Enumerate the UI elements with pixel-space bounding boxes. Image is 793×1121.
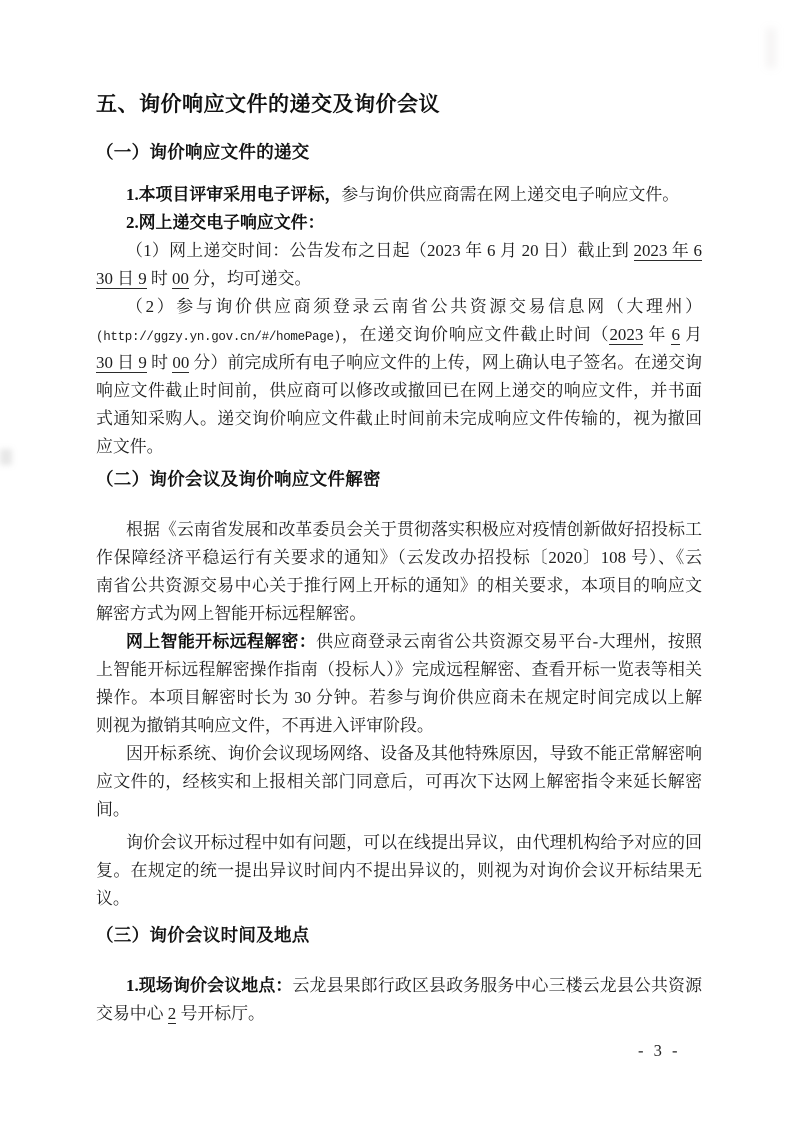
text-run: （1）网上递交时间：公告发布之日起（2023 年 6 月 20 日）截止到	[126, 241, 634, 260]
text-line: （1）网上递交时间：公告发布之日起（2023 年 6 月 20 日）截止到 20…	[96, 237, 702, 265]
text-run: 分，均可递交。	[189, 269, 311, 288]
scan-artifact	[766, 28, 776, 68]
text-line: 根据《云南省发展和改革委员会关于贯彻落实积极应对疫情创新做好招投标工	[96, 516, 702, 544]
text-line: 间。	[96, 796, 702, 824]
underlined-date: 6	[671, 325, 679, 345]
text-run: 号开标厅。	[176, 1004, 265, 1023]
text-run: 南省公共资源交易中心关于推行网上开标的通知》的相关要求，本项目的响应文件	[96, 576, 702, 600]
page-number: - 3 -	[638, 1041, 681, 1061]
text-run: 云龙县果郎行政区县政务服务中心三楼云龙县公共资源	[292, 976, 702, 995]
text-line: 30 日 9 时 00 分，均可递交。	[96, 265, 702, 293]
underlined-time: 00	[172, 353, 189, 373]
text-run: ，在递交询价响应文件截止时间（	[341, 325, 610, 344]
text-line: 作保障经济平稳运行有关要求的通知》（云发改办招投标〔2020〕108 号）、《云	[96, 544, 702, 572]
section-3-body: 1.现场询价会议地点：云龙县果郎行政区县政务服务中心三楼云龙县公共资源 交易中心…	[96, 972, 702, 1028]
text-line: 则视为撤销其响应文件，不再进入评审阶段。	[96, 712, 702, 740]
text-run: 复。在规定的统一提出异议时间内不提出异议的，则视为对询价会议开标结果无异	[96, 861, 702, 885]
text-run: 年	[643, 325, 671, 344]
text-line: 解密方式为网上智能开标远程解密。	[96, 600, 702, 628]
text-line: 30 日 9 时 00 分）前完成所有电子响应文件的上传，网上确认电子签名。在递…	[96, 349, 702, 377]
text-line: 因开标系统、询价会议现场网络、设备及其他特殊原因，导致不能正常解密响	[96, 740, 702, 768]
section-1-body: 1.本项目评审采用电子评标，参与询价供应商需在网上递交电子响应文件。 2.网上递…	[96, 181, 702, 461]
text-line: 上智能开标远程解密操作指南（投标人）》完成远程解密、查看开标一览表等相关	[96, 656, 702, 684]
url-text: (http://ggzy.yn.gov.cn/#/homePage)	[96, 330, 341, 344]
text-line: (http://ggzy.yn.gov.cn/#/homePage)，在递交询价…	[96, 321, 702, 349]
text-line: 应文件的，经核实和上报相关部门同意后，可再次下达网上解密指令来延长解密时	[96, 768, 702, 796]
text-line: 操作。本项目解密时长为 30 分钟。若参与询价供应商未在规定时间完成以上解密，	[96, 684, 702, 712]
section-2-heading: （二）询价会议及询价响应文件解密	[96, 466, 381, 491]
underlined-number: 2	[168, 1004, 176, 1024]
underlined-date: 30 日 9	[96, 353, 147, 373]
section-1-heading: （一）询价响应文件的递交	[96, 139, 310, 164]
text-line: 2.网上递交电子响应文件：	[96, 209, 702, 237]
text-line: 南省公共资源交易中心关于推行网上开标的通知》的相关要求，本项目的响应文件	[96, 572, 702, 600]
text-run: 应文件。	[96, 437, 164, 456]
text-run: 因开标系统、询价会议现场网络、设备及其他特殊原因，导致不能正常解密响	[126, 744, 702, 763]
scan-artifact	[0, 449, 12, 465]
section-2-body: 根据《云南省发展和改革委员会关于贯彻落实积极应对疫情创新做好招投标工 作保障经济…	[96, 516, 702, 913]
document-page: 五、询价响应文件的递交及询价会议 （一）询价响应文件的递交 1.本项目评审采用电…	[0, 0, 793, 1121]
text-line: 交易中心 2 号开标厅。	[96, 1000, 702, 1028]
bold-run: 1.本项目评审采用电子评标，	[126, 185, 341, 204]
bold-run: 2.网上递交电子响应文件：	[126, 213, 324, 232]
text-run: 操作。本项目解密时长为 30 分钟。若参与询价供应商未在规定时间完成以上解密，	[96, 688, 702, 712]
text-line: 式通知采购人。递交询价响应文件截止时间前未完成响应文件传输的，视为撤回响	[96, 405, 702, 433]
text-line: 响应文件截止时间前，供应商可以修改或撤回已在网上递交的响应文件，并书面形	[96, 377, 702, 405]
text-line: 询价会议开标过程中如有问题，可以在线提出异议，由代理机构给予对应的回	[96, 829, 702, 857]
text-run: 月	[680, 325, 702, 344]
text-line: （2）参与询价供应商须登录云南省公共资源交易信息网（大理州）	[96, 293, 702, 321]
text-line: 议。	[96, 885, 702, 913]
text-line: 网上智能开标远程解密：供应商登录云南省公共资源交易平台-大理州，按照《网	[96, 628, 702, 656]
text-run: 解密方式为网上智能开标远程解密。	[96, 604, 366, 623]
text-run: 应文件的，经核实和上报相关部门同意后，可再次下达网上解密指令来延长解密时	[96, 772, 702, 796]
text-line: 1.本项目评审采用电子评标，参与询价供应商需在网上递交电子响应文件。	[96, 181, 702, 209]
text-run: 式通知采购人。递交询价响应文件截止时间前未完成响应文件传输的，视为撤回响	[96, 409, 702, 433]
section-3-heading: （三）询价会议时间及地点	[96, 922, 310, 947]
underlined-date: 30 日 9	[96, 269, 147, 289]
text-line: 应文件。	[96, 433, 702, 461]
text-run: 则视为撤销其响应文件，不再进入评审阶段。	[96, 716, 434, 735]
text-line: 1.现场询价会议地点：云龙县果郎行政区县政务服务中心三楼云龙县公共资源	[96, 972, 702, 1000]
text-run: 间。	[96, 800, 130, 819]
text-run: （2）参与询价供应商须登录云南省公共资源交易信息网（大理州）	[126, 297, 702, 316]
text-run: 议。	[96, 889, 130, 908]
text-run: 时	[147, 353, 173, 372]
underlined-time: 00	[172, 269, 189, 289]
text-run: 上智能开标远程解密操作指南（投标人）》完成远程解密、查看开标一览表等相关	[96, 660, 702, 679]
underlined-date: 2023	[609, 325, 643, 345]
bold-run: 网上智能开标远程解密：	[126, 632, 316, 651]
text-run: 参与询价供应商需在网上递交电子响应文件。	[341, 185, 679, 204]
bold-run: 1.现场询价会议地点：	[126, 976, 292, 995]
text-line: 复。在规定的统一提出异议时间内不提出异议的，则视为对询价会议开标结果无异	[96, 857, 702, 885]
text-run: 询价会议开标过程中如有问题，可以在线提出异议，由代理机构给予对应的回	[126, 833, 702, 852]
text-run: 作保障经济平稳运行有关要求的通知》（云发改办招投标〔2020〕108 号）、《云	[96, 548, 702, 567]
text-run: 根据《云南省发展和改革委员会关于贯彻落实积极应对疫情创新做好招投标工	[126, 520, 702, 539]
text-run: 响应文件截止时间前，供应商可以修改或撤回已在网上递交的响应文件，并书面形	[96, 381, 702, 405]
page-title: 五、询价响应文件的递交及询价会议	[96, 88, 440, 118]
text-run: 时	[147, 269, 172, 288]
text-run: 交易中心	[96, 1004, 168, 1023]
